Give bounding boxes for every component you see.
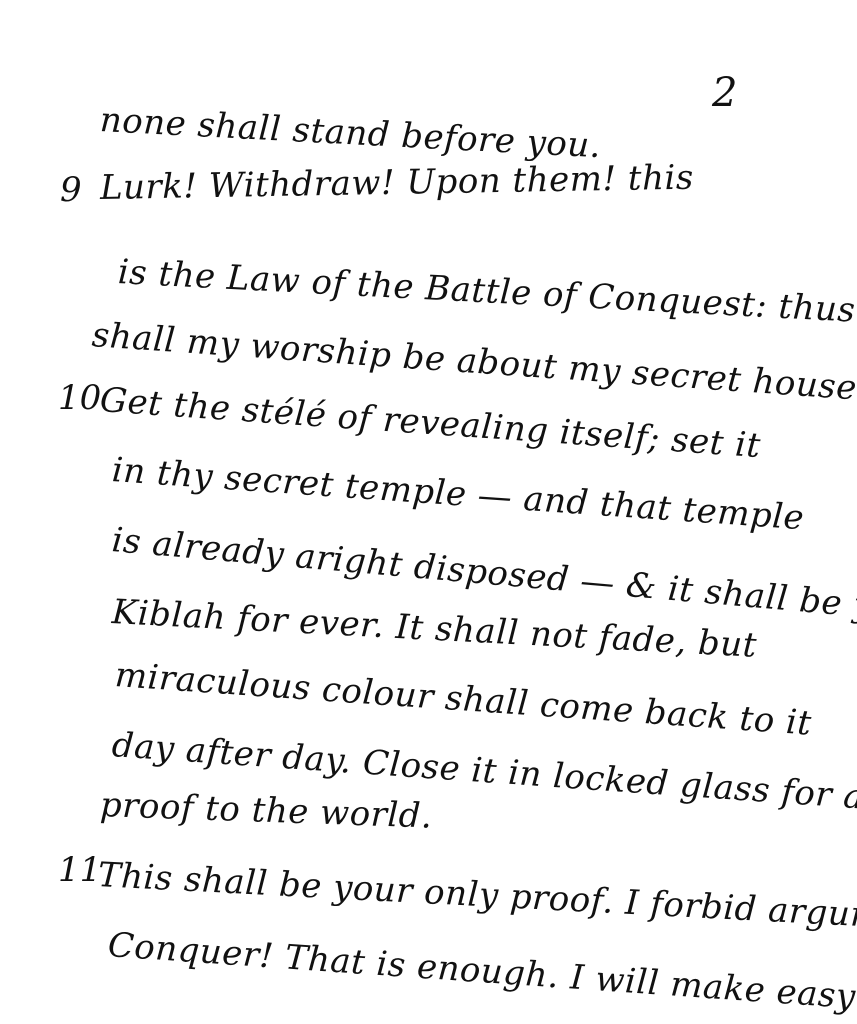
verse-number-11: 11 xyxy=(58,850,101,890)
text-line-2: Lurk! Withdraw! Upon them! this xyxy=(100,158,694,208)
text-line-6: in thy secret temple — and that temple xyxy=(111,450,806,538)
verse-number-9: 9 xyxy=(60,170,82,210)
text-line-12: This shall be your only proof. I forbid … xyxy=(97,855,857,940)
text-line-11: proof to the world. xyxy=(99,785,433,837)
manuscript-page: 2 none shall stand before you. 9 Lurk! W… xyxy=(0,0,857,1024)
text-line-1: none shall stand before you. xyxy=(99,100,602,166)
page-number: 2 xyxy=(712,70,737,116)
text-line-13: Conquer! That is enough. I will make eas… xyxy=(107,925,857,1017)
verse-number-10: 10 xyxy=(58,378,101,418)
text-line-3: is the Law of the Battle of Conquest: th… xyxy=(117,252,857,331)
text-line-9: miraculous colour shall come back to it xyxy=(114,655,813,744)
